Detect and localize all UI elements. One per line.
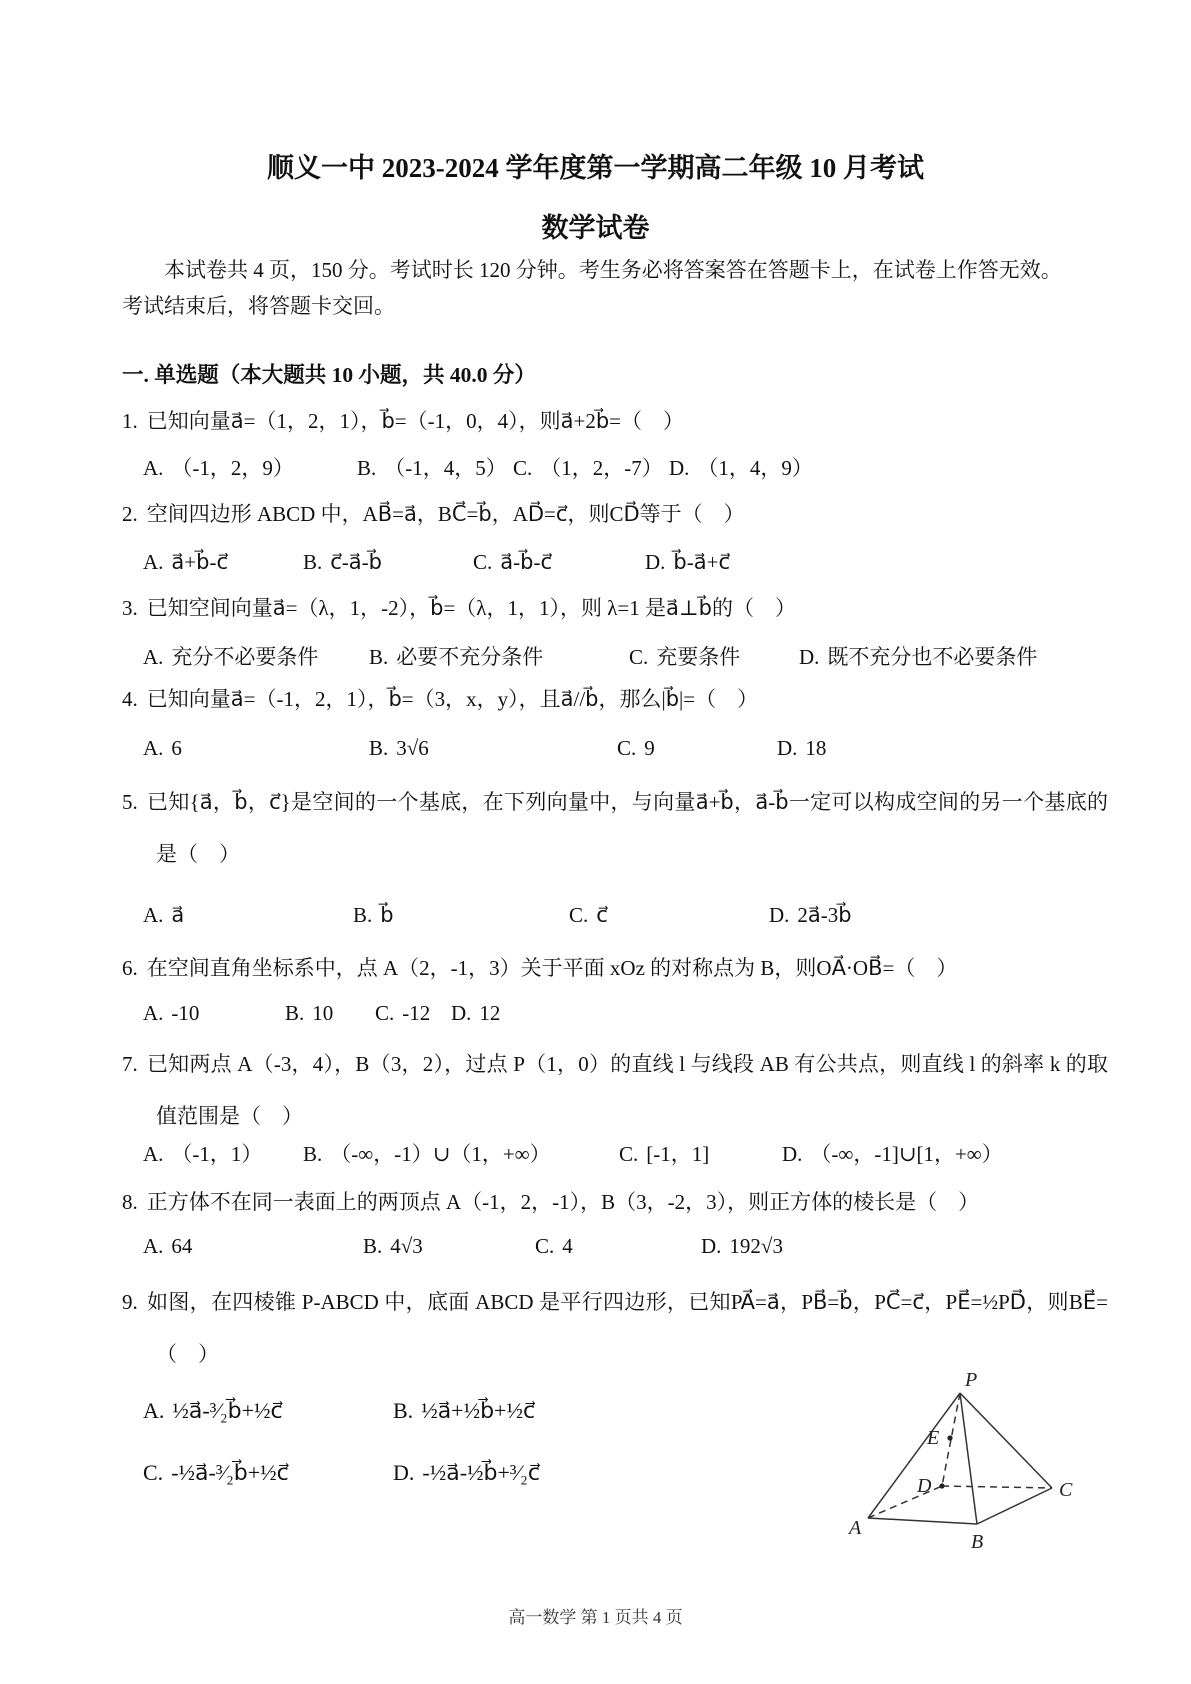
option-label: D. [393,1460,414,1485]
question-7-option-c: C.[-1，1] [619,1128,782,1180]
question-9-options: A.½a⃗-³⁄₂b⃗+½c⃗ B.½a⃗+½b⃗+½c⃗ C.-½a⃗-³⁄₂… [143,1386,723,1498]
option-text: a⃗+b⃗-c⃗ [171,550,228,574]
option-text: 6 [171,736,182,760]
point-e-dot [947,1435,952,1440]
question-4-option-a: A.6 [143,722,369,774]
question-5-option-b: B.b⃗ [353,889,569,941]
question-2-option-a: A.a⃗+b⃗-c⃗ [143,536,303,588]
question-1-option-a: A.（-1，2，9） [143,442,357,494]
question-5-stem: 5.已知{a⃗，b⃗，c⃗}是空间的一个基底，在下列向量中，与向量a⃗+b⃗，a… [122,776,1108,880]
vertex-label-d: D [916,1475,932,1497]
option-label: D. [777,736,797,760]
question-2-option-b: B.c⃗-a⃗-b⃗ [303,536,473,588]
question-text: 已知{a⃗，b⃗，c⃗}是空间的一个基底，在下列向量中，与向量a⃗+b⃗，a⃗-… [147,790,1108,866]
option-label: A. [143,903,163,927]
option-text: 192√3 [729,1234,783,1258]
vertex-label-b: B [971,1531,983,1553]
option-text: （1，4，9） [697,456,813,480]
exam-instructions-line-2: 考试结束后，将答题卡交回。 [122,288,1077,324]
question-text: 正方体不在同一表面上的两顶点 A（-1，2，-1），B（3，-2，3），则正方体… [147,1190,979,1214]
option-label: D. [701,1234,721,1258]
option-label: A. [143,1142,163,1166]
option-text: a⃗-b⃗-c⃗ [500,550,552,574]
option-label: B. [303,550,322,574]
question-9-option-d: D.-½a⃗-½b⃗+³⁄₂c⃗ [393,1448,723,1498]
option-label: B. [285,1001,304,1025]
option-label: B. [357,456,376,480]
vertex-label-p: P [964,1369,977,1391]
option-label: B. [303,1142,322,1166]
question-5-options: A.a⃗ B.b⃗ C.c⃗ D.2a⃗-3b⃗ [143,889,1083,941]
question-6-option-b: B.10 [285,987,375,1039]
question-4-options: A.6 B.3√6 C.9 D.18 [143,722,1083,774]
option-label: C. [513,456,532,480]
option-text: ½a⃗+½b⃗+½c⃗ [421,1398,535,1423]
option-text: 必要不充分条件 [396,645,543,669]
option-text: （-1，1） [171,1142,262,1166]
page-footer: 高一数学 第 1 页共 4 页 [0,1603,1191,1628]
question-8-option-c: C.4 [535,1220,701,1272]
question-8-options: A.64 B.4√3 C.4 D.192√3 [143,1220,1083,1272]
question-4-option-b: B.3√6 [369,722,617,774]
question-2-option-c: C.a⃗-b⃗-c⃗ [473,536,645,588]
option-text: 充要条件 [656,645,740,669]
option-text: 4√3 [390,1234,423,1258]
option-label: C. [569,903,588,927]
option-text: 9 [644,736,655,760]
option-label: B. [369,736,388,760]
option-text: 12 [479,1001,500,1025]
option-text: 4 [562,1234,573,1258]
vertex-label-a: A [847,1517,862,1539]
option-label: B. [393,1398,413,1423]
question-text: 已知两点 A（-3，4），B（3，2），过点 P（1，0）的直线 l 与线段 A… [147,1052,1108,1128]
question-number: 3. [122,596,138,620]
question-6-option-a: A.-10 [143,987,285,1039]
question-6-options: A.-10 B.10 C.-12 D.12 [143,987,1083,1039]
option-text: -½a⃗-½b⃗+³⁄₂c⃗ [422,1460,540,1485]
section-heading: 一. 单选题（本大题共 10 小题，共 40.0 分） [122,358,536,389]
option-label: D. [645,550,665,574]
question-5-option-a: A.a⃗ [143,889,353,941]
option-label: A. [143,1001,163,1025]
question-4-option-d: D.18 [777,722,826,774]
option-text: 10 [312,1001,333,1025]
question-8-option-a: A.64 [143,1220,363,1272]
option-label: B. [369,645,388,669]
question-2-stem: 2.空间四边形 ABCD 中，AB⃗=a⃗，BC⃗=b⃗，AD⃗=c⃗，则CD⃗… [122,488,1108,540]
option-label: D. [799,645,819,669]
question-number: 8. [122,1190,138,1214]
option-text: （1，2，-7） [540,456,663,480]
question-7-stem: 7.已知两点 A（-3，4），B（3，2），过点 P（1，0）的直线 l 与线段… [122,1038,1108,1142]
option-text: -12 [402,1001,430,1025]
option-label: D. [782,1142,802,1166]
pyramid-figure: P E D A B C [775,1272,1095,1557]
question-number: 2. [122,502,138,526]
vertex-label-c: C [1059,1479,1073,1501]
option-text: c⃗-a⃗-b⃗ [330,550,382,574]
option-label: C. [619,1142,638,1166]
question-7-options: A.（-1，1） B.（-∞，-1）∪（1，+∞） C.[-1，1] D.（-∞… [143,1128,1083,1180]
option-text: c⃗ [596,903,608,927]
option-text: 2a⃗-3b⃗ [797,903,851,927]
option-label: B. [353,903,372,927]
question-9-option-c: C.-½a⃗-³⁄₂b⃗+½c⃗ [143,1448,393,1498]
option-label: C. [473,550,492,574]
question-number: 4. [122,687,138,711]
question-3-stem: 3.已知空间向量a⃗=（λ，1，-2），b⃗=（λ，1，1），则 λ=1 是a⃗… [122,582,1108,634]
page-subtitle: 数学试卷 [0,206,1191,245]
option-label: A. [143,550,163,574]
option-label: D. [451,1001,471,1025]
option-label: C. [617,736,636,760]
option-label: B. [363,1234,382,1258]
question-4-stem: 4.已知向量a⃗=（-1，2，1），b⃗=（3，x，y），且a⃗//b⃗，那么|… [122,673,1108,725]
question-1-options: A.（-1，2，9） B.（-1，4，5） C.（1，2，-7） D.（1，4，… [143,442,1083,494]
question-number: 7. [122,1052,138,1076]
option-text: a⃗ [171,903,184,927]
option-text: b⃗ [380,903,393,927]
option-label: A. [143,736,163,760]
exam-instructions-line-1: 本试卷共 4 页，150 分。考试时长 120 分钟。考生务必将答案答在答题卡上… [122,252,1077,288]
option-text: ½a⃗-³⁄₂b⃗+½c⃗ [172,1398,282,1423]
option-label: C. [375,1001,394,1025]
exam-page: 顺义一中 2023-2024 学年度第一学期高二年级 10 月考试 数学试卷 本… [0,0,1191,1684]
question-number: 9. [122,1290,138,1314]
option-text: 64 [171,1234,192,1258]
option-text: （-1，4，5） [384,456,507,480]
option-text: -½a⃗-³⁄₂b⃗+½c⃗ [171,1460,289,1485]
question-6-option-d: D.12 [451,987,500,1039]
option-text: b⃗-a⃗+c⃗ [673,550,730,574]
question-2-options: A.a⃗+b⃗-c⃗ B.c⃗-a⃗-b⃗ C.a⃗-b⃗-c⃗ D.b⃗-a⃗… [143,536,1083,588]
option-label: D. [769,903,789,927]
question-5-option-c: C.c⃗ [569,889,769,941]
page-title: 顺义一中 2023-2024 学年度第一学期高二年级 10 月考试 [0,146,1191,185]
vertex-label-e: E [926,1427,939,1449]
question-8-option-b: B.4√3 [363,1220,535,1272]
question-number: 5. [122,790,138,814]
question-6-option-c: C.-12 [375,987,451,1039]
option-label: D. [669,456,689,480]
question-1-option-d: D.（1，4，9） [669,442,813,494]
question-7-option-d: D.（-∞，-1]∪[1，+∞） [782,1128,1003,1180]
option-text: （-1，2，9） [171,456,294,480]
option-label: A. [143,456,163,480]
question-7-option-b: B.（-∞，-1）∪（1，+∞） [303,1128,619,1180]
question-1-option-b: B.（-1，4，5） [357,442,513,494]
option-label: C. [143,1460,163,1485]
question-7-option-a: A.（-1，1） [143,1128,303,1180]
option-text: 3√6 [396,736,429,760]
question-text: 已知向量a⃗=（-1，2，1），b⃗=（3，x，y），且a⃗//b⃗，那么|b⃗… [147,687,758,711]
question-1-option-c: C.（1，2，-7） [513,442,669,494]
question-4-option-c: C.9 [617,722,777,774]
option-label: C. [535,1234,554,1258]
question-2-option-d: D.b⃗-a⃗+c⃗ [645,536,730,588]
question-8-option-d: D.192√3 [701,1220,783,1272]
option-text: 既不充分也不必要条件 [827,645,1037,669]
option-text: 充分不必要条件 [171,645,318,669]
question-text: 已知向量a⃗=（1，2，1），b⃗=（-1，0，4），则a⃗+2b⃗=（ ） [147,409,684,433]
question-number: 6. [122,956,138,980]
question-1-stem: 1.已知向量a⃗=（1，2，1），b⃗=（-1，0，4），则a⃗+2b⃗=（ ） [122,395,1108,447]
question-text: 在空间直角坐标系中，点 A（2，-1，3）关于平面 xOz 的对称点为 B，则O… [147,956,958,980]
option-label: C. [629,645,648,669]
question-5-option-d: D.2a⃗-3b⃗ [769,889,852,941]
option-label: A. [143,1398,164,1423]
option-text: -10 [171,1001,199,1025]
option-label: A. [143,1234,163,1258]
option-label: A. [143,645,163,669]
option-text: （-∞，-1）∪（1，+∞） [330,1142,550,1166]
option-text: [-1，1] [646,1142,709,1166]
question-text: 空间四边形 ABCD 中，AB⃗=a⃗，BC⃗=b⃗，AD⃗=c⃗，则CD⃗等于… [147,502,745,526]
question-9-option-b: B.½a⃗+½b⃗+½c⃗ [393,1386,723,1436]
option-text: （-∞，-1]∪[1，+∞） [810,1142,1002,1166]
question-9-option-a: A.½a⃗-³⁄₂b⃗+½c⃗ [143,1386,393,1436]
question-text: 已知空间向量a⃗=（λ，1，-2），b⃗=（λ，1，1），则 λ=1 是a⃗⊥b… [147,596,796,620]
point-d-dot [939,1483,944,1488]
question-number: 1. [122,409,138,433]
option-text: 18 [805,736,826,760]
